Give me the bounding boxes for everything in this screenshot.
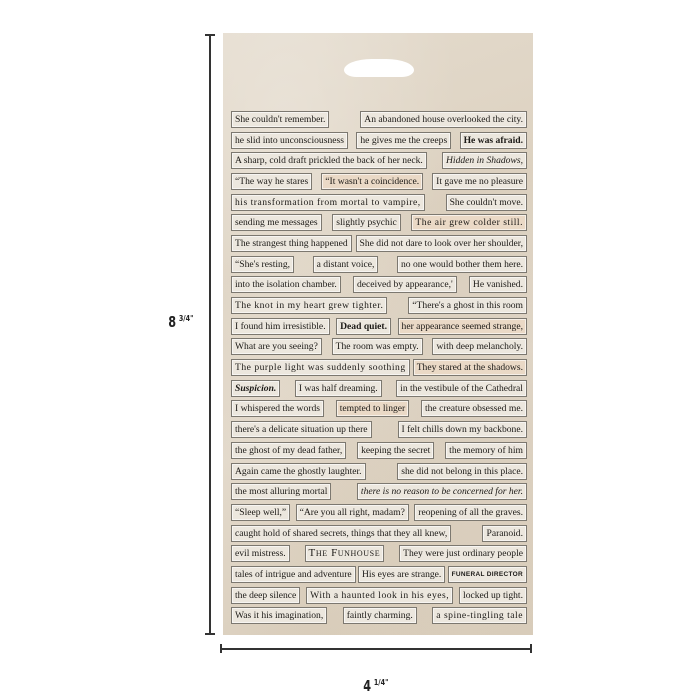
width-fraction: 1/4" <box>374 678 389 687</box>
sticker-row: The purple light was suddenly soothingTh… <box>231 357 527 378</box>
word-sticker: he slid into unconsciousness <box>231 132 348 149</box>
word-sticker: his transformation from mortal to vampir… <box>231 194 425 211</box>
width-dimension-cap-right <box>530 644 532 653</box>
word-sticker: the memory of him <box>445 442 527 459</box>
word-sticker: He was afraid. <box>460 132 527 149</box>
word-sticker: “Sleep well,” <box>231 504 290 521</box>
word-sticker: “She's resting, <box>231 256 294 273</box>
word-sticker: tales of intrigue and adventure <box>231 566 356 583</box>
sticker-sheet: She couldn't remember.An abandoned house… <box>223 33 533 635</box>
word-sticker: She did not dare to look over her should… <box>356 235 527 252</box>
word-sticker: reopening of all the graves. <box>414 504 527 521</box>
word-sticker: keeping the secret <box>357 442 434 459</box>
word-sticker: no one would bother them here. <box>397 256 527 273</box>
sticker-row: the most alluring mortalthere is no reas… <box>231 481 527 502</box>
sticker-row: The knot in my heart grew tighter.“There… <box>231 295 527 316</box>
word-sticker: Hidden in Shadows, <box>442 152 527 169</box>
sticker-row: The strangest thing happenedShe did not … <box>231 233 527 254</box>
width-dimension-line <box>221 648 531 650</box>
sticker-row: Suspicion.I was half dreaming.in the ves… <box>231 378 527 399</box>
sticker-row: “She's resting,a distant voice,no one wo… <box>231 254 527 275</box>
word-sticker: She couldn't remember. <box>231 111 329 128</box>
word-sticker: in the vestibule of the Cathedral <box>396 380 527 397</box>
sticker-row: he slid into unconsciousnesshe gives me … <box>231 130 527 151</box>
word-sticker: “Are you all right, madam? <box>296 504 409 521</box>
height-fraction: 3/4" <box>179 314 194 323</box>
sticker-row: Was it his imagination,faintly charming.… <box>231 606 527 627</box>
word-sticker: caught hold of shared secrets, things th… <box>231 525 451 542</box>
height-dimension-label: 83/4" <box>167 312 196 331</box>
sticker-row: the deep silenceWith a haunted look in h… <box>231 585 527 606</box>
sticker-row: the ghost of my dead father,keeping the … <box>231 440 527 461</box>
sticker-row: caught hold of shared secrets, things th… <box>231 523 527 544</box>
word-sticker: I was half dreaming. <box>295 380 382 397</box>
word-sticker: the deep silence <box>231 587 300 604</box>
word-sticker: there's a delicate situation up there <box>231 421 372 438</box>
word-sticker: there is no reason to be concerned for h… <box>357 483 527 500</box>
word-sticker: I found him irresistible. <box>231 318 330 335</box>
word-sticker: the most alluring mortal <box>231 483 331 500</box>
height-dimension-cap-bottom <box>205 633 215 635</box>
sticker-row: Again came the ghostly laughter.she did … <box>231 461 527 482</box>
word-sticker: locked up tight. <box>459 587 527 604</box>
word-sticker: the creature obsessed me. <box>421 400 527 417</box>
word-sticker: deceived by appearance,' <box>353 276 457 293</box>
sticker-row: A sharp, cold draft prickled the back of… <box>231 150 527 171</box>
sticker-row: She couldn't remember.An abandoned house… <box>231 109 527 130</box>
width-dimension-label: 41/4" <box>362 676 391 695</box>
word-sticker: A sharp, cold draft prickled the back of… <box>231 152 427 169</box>
word-sticker: tempted to linger <box>336 400 410 417</box>
word-sticker: she did not belong in this place. <box>397 463 527 480</box>
sticker-row: I found him irresistible.Dead quiet.her … <box>231 316 527 337</box>
word-sticker: “It wasn't a coincidence. <box>321 173 423 190</box>
sticker-row: What are you seeing?The room was empty.w… <box>231 337 527 358</box>
sticker-row: sending me messagesslightly psychicThe a… <box>231 212 527 233</box>
sticker-rows: She couldn't remember.An abandoned house… <box>231 109 527 626</box>
word-sticker: Paranoid. <box>482 525 527 542</box>
sticker-row: evil mistress.The FunhouseThey were just… <box>231 543 527 564</box>
word-sticker: The room was empty. <box>332 338 423 355</box>
word-sticker: Dead quiet. <box>336 318 391 335</box>
word-sticker: a spine-tingling tale <box>432 607 527 624</box>
word-sticker: They stared at the shadows. <box>413 359 527 376</box>
sticker-row: there's a delicate situation up thereI f… <box>231 419 527 440</box>
hang-hole <box>344 59 414 77</box>
word-sticker: with deep melancholy. <box>432 338 527 355</box>
sticker-row: into the isolation chamber.deceived by a… <box>231 275 527 296</box>
word-sticker: her appearance seemed strange, <box>398 318 527 335</box>
word-sticker: His eyes are strange. <box>358 566 445 583</box>
word-sticker: The strangest thing happened <box>231 235 352 252</box>
sticker-row: I whispered the wordstempted to lingerth… <box>231 399 527 420</box>
height-whole: 8 <box>168 313 176 331</box>
word-sticker: evil mistress. <box>231 545 290 562</box>
word-sticker: The air grew colder still. <box>411 214 527 231</box>
word-sticker: faintly charming. <box>343 607 417 624</box>
height-dimension-line <box>209 34 211 634</box>
word-sticker: An abandoned house overlooked the city. <box>360 111 527 128</box>
sticker-row: tales of intrigue and adventureHis eyes … <box>231 564 527 585</box>
word-sticker: He vanished. <box>469 276 527 293</box>
word-sticker: slightly psychic <box>332 214 401 231</box>
word-sticker: The Funhouse <box>305 545 385 562</box>
word-sticker: the ghost of my dead father, <box>231 442 346 459</box>
word-sticker: I whispered the words <box>231 400 324 417</box>
word-sticker: With a haunted look in his eyes, <box>306 587 453 604</box>
word-sticker: She couldn't move. <box>446 194 527 211</box>
word-sticker: Suspicion. <box>231 380 280 397</box>
word-sticker: he gives me the creeps <box>356 132 451 149</box>
word-sticker: sending me messages <box>231 214 322 231</box>
word-sticker: The knot in my heart grew tighter. <box>231 297 387 314</box>
word-sticker: Was it his imagination, <box>231 607 327 624</box>
word-sticker: FUNERAL DIRECTOR <box>448 566 527 583</box>
word-sticker: “The way he stares <box>231 173 312 190</box>
word-sticker: They were just ordinary people <box>399 545 527 562</box>
word-sticker: I felt chills down my backbone. <box>398 421 528 438</box>
word-sticker: “There's a ghost in this room <box>408 297 527 314</box>
width-whole: 4 <box>363 677 371 695</box>
word-sticker: The purple light was suddenly soothing <box>231 359 410 376</box>
word-sticker: What are you seeing? <box>231 338 322 355</box>
sticker-row: “The way he stares“It wasn't a coinciden… <box>231 171 527 192</box>
word-sticker: into the isolation chamber. <box>231 276 341 293</box>
word-sticker: a distant voice, <box>313 256 379 273</box>
sticker-row: “Sleep well,”“Are you all right, madam?r… <box>231 502 527 523</box>
word-sticker: It gave me no pleasure <box>432 173 527 190</box>
word-sticker: Again came the ghostly laughter. <box>231 463 366 480</box>
sticker-row: his transformation from mortal to vampir… <box>231 192 527 213</box>
